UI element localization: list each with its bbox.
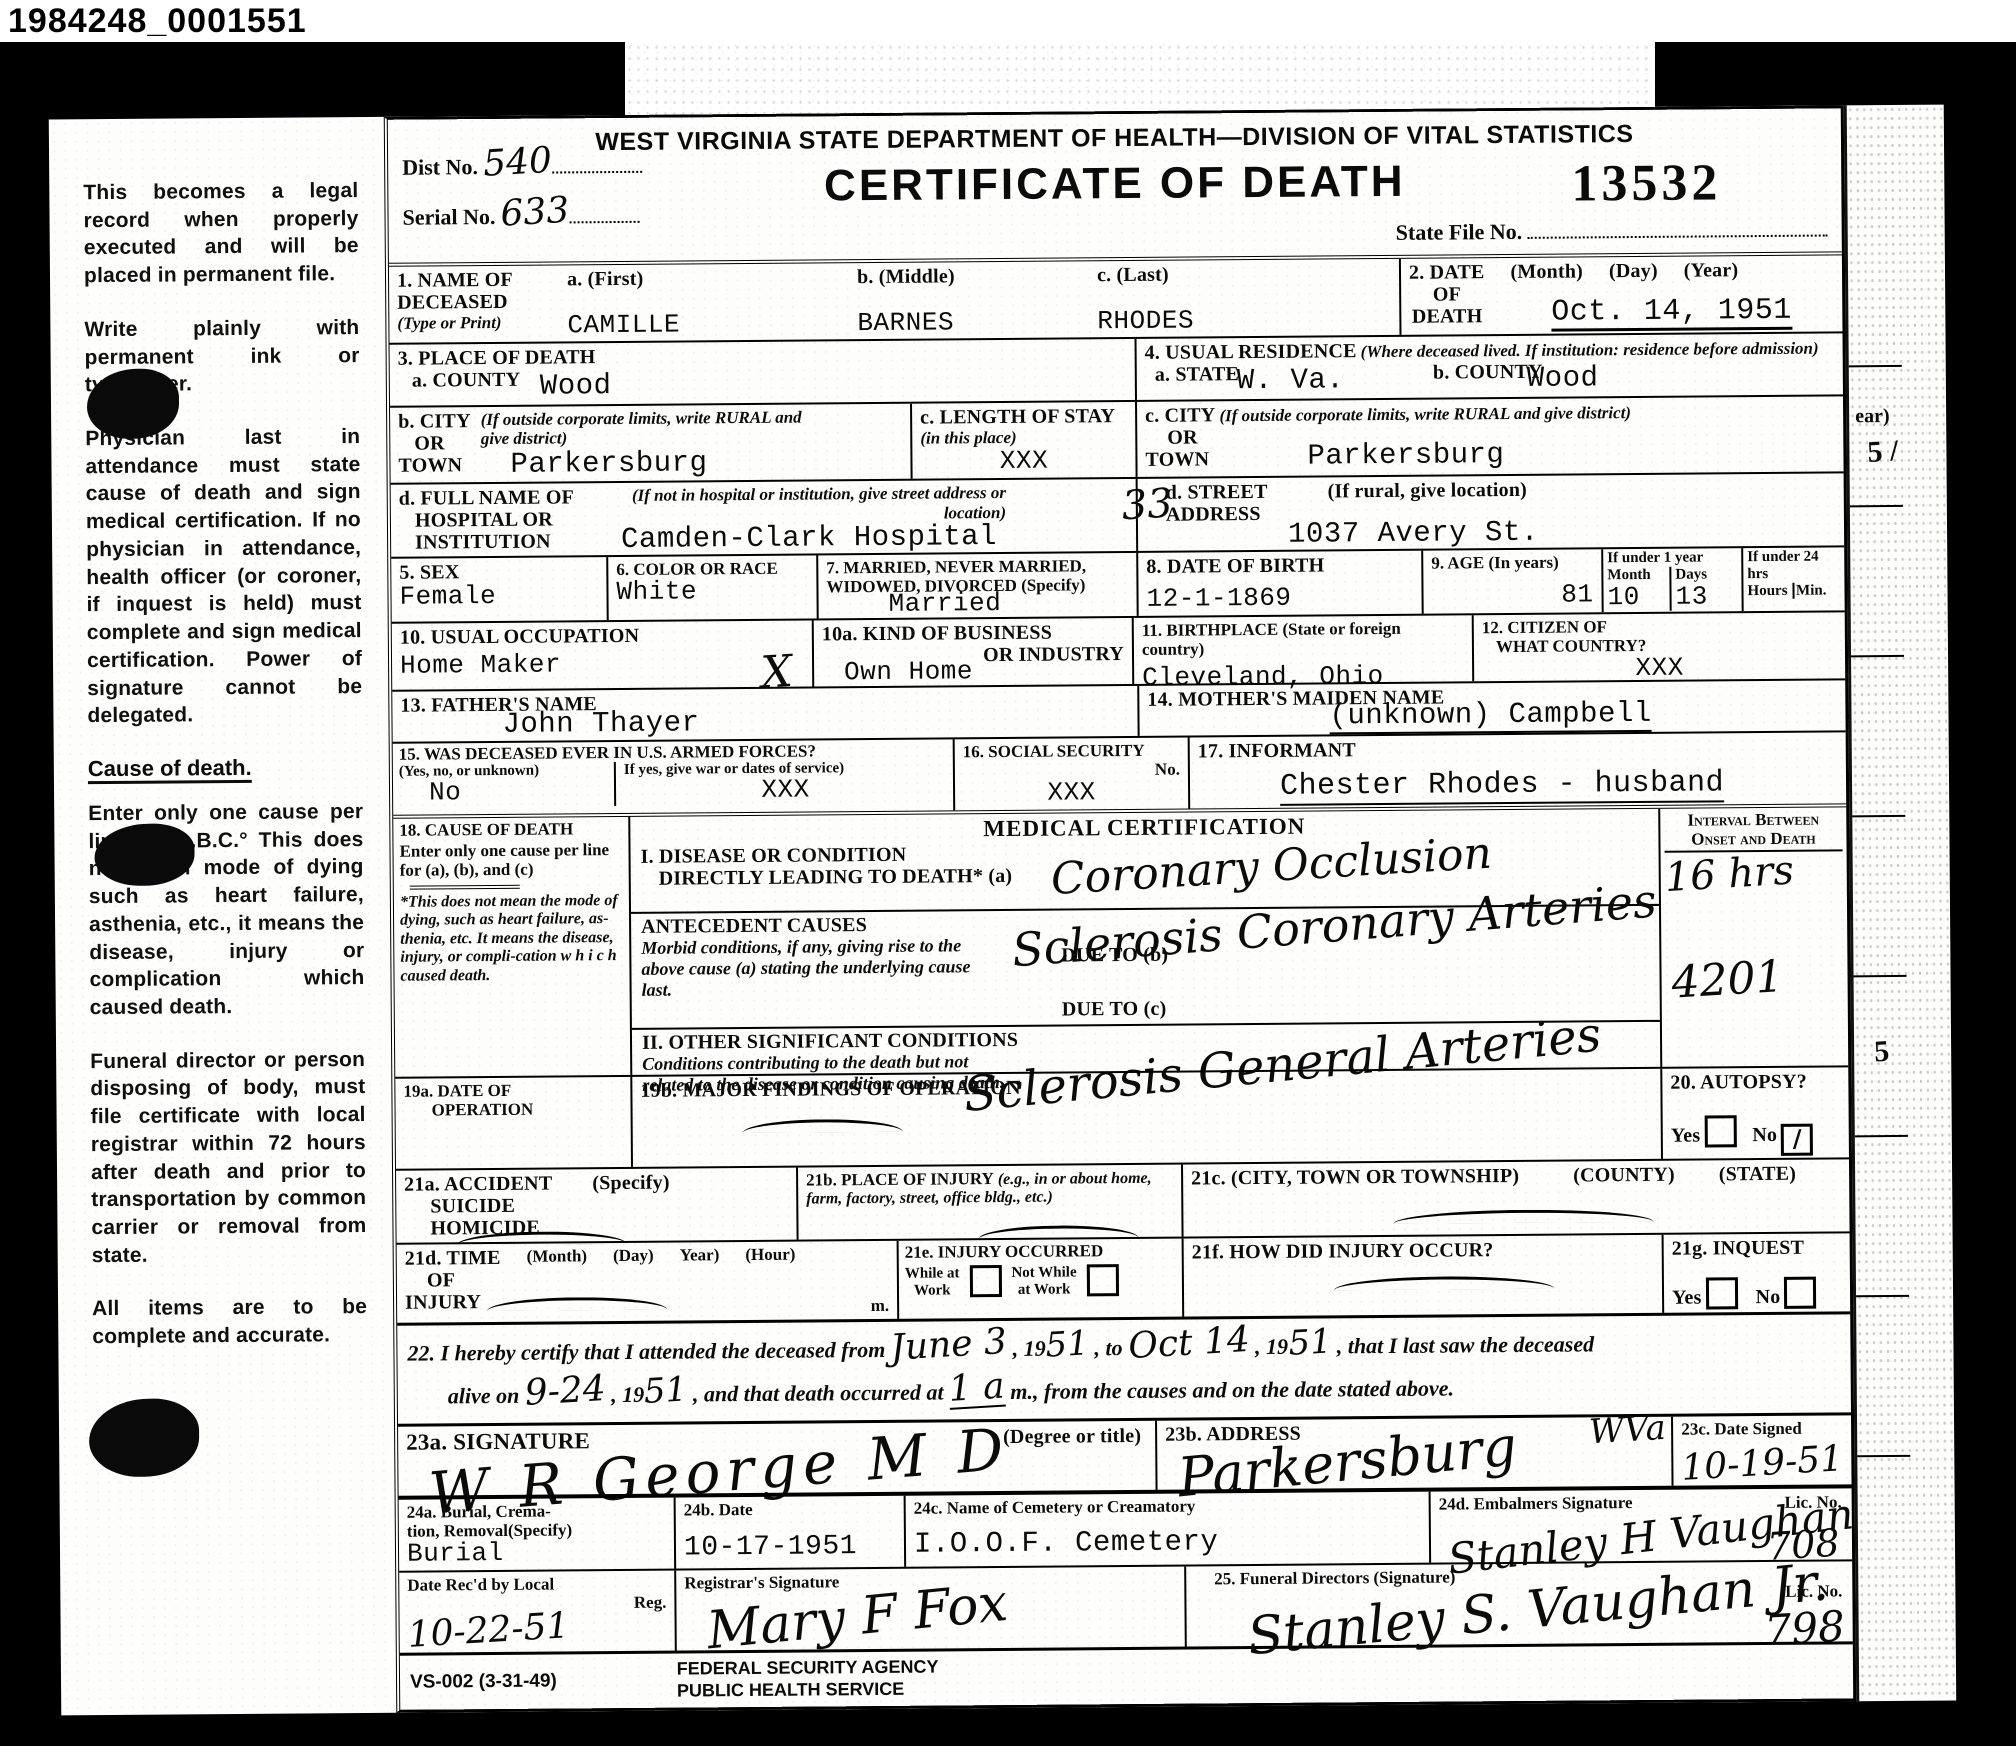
street-value: 1037 Avery St. xyxy=(1288,517,1539,549)
edge-fragment-hand: 5 xyxy=(1873,1035,1890,1070)
scan-header-strip: 1984248_0001551 xyxy=(0,0,2016,42)
cause-instruction1: Enter only one cause per line for (a), (… xyxy=(399,840,622,880)
row-injury-time: 21d. TIME OF INJURY (Month) (Day) Year) … xyxy=(397,1231,1851,1322)
hospital-label3: INSTITUTION xyxy=(399,530,574,553)
date-signed-value: 10-19-51 xyxy=(1681,1441,1845,1487)
residence-city-label: c. CITY xyxy=(1145,404,1215,427)
injury-state-label: (STATE) xyxy=(1719,1163,1797,1186)
residence-state-label: a. STATE xyxy=(1155,364,1239,387)
certify-text6: alive on xyxy=(408,1383,520,1409)
state-file-label: State File No. xyxy=(1396,212,1828,245)
length-of-stay-value: XXX xyxy=(920,447,1127,476)
how-injury-label: 21f. HOW DID INJURY OCCUR? xyxy=(1192,1239,1494,1263)
accident-specify-label: (Specify) xyxy=(592,1172,670,1239)
while-at-work-label: While at xyxy=(905,1265,960,1281)
serial-no-label: Serial No. xyxy=(402,204,495,230)
under1yr-label: If under 1 year xyxy=(1607,549,1737,567)
certify-from-value: June 3 xyxy=(890,1324,1008,1367)
length-of-stay-hint: (in this place) xyxy=(920,428,1016,448)
hours-label: Hours xyxy=(1747,582,1792,599)
certificate-form: Dist No. 540 Serial No. 633 WEST VIRGINI… xyxy=(384,105,1856,1712)
county-label: a. COUNTY xyxy=(412,369,521,392)
funeral-director-label: 25. Funeral Directors (Signature) xyxy=(1214,1567,1455,1588)
date-recd-value: 10-22-51 xyxy=(407,1608,571,1654)
form-number: VS-002 (3-31-49) xyxy=(410,1670,557,1693)
interval-header1: Interval Between xyxy=(1664,809,1842,829)
dist-no-value: 540 xyxy=(482,143,553,183)
edge-line xyxy=(1852,815,1905,817)
injury-occurred-label: 21e. INJURY OCCURRED xyxy=(905,1241,1176,1262)
due-to-c-label: DUE TO (c) xyxy=(1062,998,1167,1021)
edge-line xyxy=(1849,365,1902,367)
row-medical-certification: 18. CAUSE OF DEATH Enter only one cause … xyxy=(393,803,1848,1076)
days-value: 13 xyxy=(1675,583,1737,611)
field1-label2: DECEASED xyxy=(397,291,551,314)
date-recd-label: Date Rec'd by Local xyxy=(407,1574,666,1595)
usual-residence-hint: (Where deceased lived. If institution: r… xyxy=(1361,339,1819,362)
residence-state-value: W. Va. xyxy=(1237,366,1345,397)
cause-of-death-label: 18. CAUSE OF DEATH xyxy=(399,819,622,840)
accident-label: 21a. ACCIDENT xyxy=(404,1172,552,1195)
autopsy-no-label: No xyxy=(1752,1124,1777,1146)
form-footer: VS-002 (3-31-49) FEDERAL SECURITY AGENCY… xyxy=(400,1641,1853,1709)
date-of-death-label3: DEATH xyxy=(1409,306,1485,329)
certificate-paper: This becomes a legal record when properl… xyxy=(49,105,1956,1716)
not-while-at-work-checkbox xyxy=(1087,1264,1119,1296)
date-of-death-value: Oct. 14, 1951 xyxy=(1551,296,1792,332)
underlying-page-edge: ear) 5 / 5 xyxy=(1844,105,1957,1702)
inquest-no-label: No xyxy=(1755,1286,1780,1308)
dotted-leader xyxy=(570,199,640,224)
accident-label2: SUICIDE xyxy=(404,1194,552,1217)
business-label: 10a. KIND OF BUSINESS xyxy=(822,621,1124,645)
handwritten-dash xyxy=(743,1119,903,1133)
ssn-value: XXX xyxy=(963,778,1180,807)
row-city: b. CITY OR TOWN (If outside corporate li… xyxy=(390,394,1844,483)
not-while-at-work-label: Not While xyxy=(1011,1264,1076,1281)
first-name-label: a. (First) xyxy=(567,268,644,291)
injury-hour-label: (Hour) xyxy=(745,1245,796,1311)
city-label: b. CITY xyxy=(398,410,471,433)
mother-value: (unknown) Campbell xyxy=(1329,699,1652,734)
certify-text9: m., from the causes and on the date stat… xyxy=(1010,1375,1454,1403)
occupation-label: 10. USUAL OCCUPATION xyxy=(400,624,804,649)
time-of-injury-label: 21d. TIME xyxy=(405,1247,501,1270)
certify-text8: , and that death occurred at xyxy=(693,1379,944,1406)
place-of-injury-label: 21b. PLACE OF INJURY xyxy=(806,1169,994,1189)
row-armedforces: 15. WAS DECEASED EVER IN U.S. ARMED FORC… xyxy=(393,730,1847,815)
informant-value: Chester Rhodes - husband xyxy=(1280,769,1724,806)
burial-date-value: 10-17-1951 xyxy=(684,1531,896,1562)
edge-fragment-hand: 5 / xyxy=(1866,434,1899,470)
degree-label: (Degree or title) xyxy=(1003,1424,1141,1447)
certify-alive-year: 51 xyxy=(643,1372,688,1409)
field1-label3: (Type or Print) xyxy=(397,313,551,334)
certify-from-year: 51 xyxy=(1045,1326,1090,1363)
sidebar-paragraph: All items are to be complete and accurat… xyxy=(92,1293,367,1351)
city-label2: OR xyxy=(398,432,471,455)
certify-text5: , that I last saw the deceased xyxy=(1337,1331,1594,1358)
row-sex-age: 5. SEX Female 6. COLOR OR RACE White 7. … xyxy=(391,545,1844,622)
dob-label: 8. DATE OF BIRTH xyxy=(1146,554,1413,578)
certify-to-value: Oct 14 xyxy=(1127,1322,1250,1365)
burial-label: 24a. Burial, Crema- xyxy=(407,1500,666,1521)
time-of-injury-label2: OF xyxy=(405,1269,501,1292)
armed-forces-value: No xyxy=(399,778,614,807)
burial-label2: tion, Removal(Specify) xyxy=(407,1519,666,1540)
certify-text7: , 19 xyxy=(611,1382,644,1407)
length-of-stay-label: c. LENGTH OF STAY xyxy=(920,405,1127,429)
age-value: 81 xyxy=(1431,581,1593,610)
city-value: Parkersburg xyxy=(510,448,707,480)
edge-line xyxy=(1855,1135,1908,1137)
date-of-death-label2: OF xyxy=(1409,284,1485,307)
row-signature: 23a. SIGNATURE (Degree or title) W R Geo… xyxy=(398,1412,1852,1495)
row-accident: 21a. ACCIDENT SUICIDE HOMICIDE (Specify)… xyxy=(396,1157,1850,1242)
hospital-value: Camden-Clark Hospital xyxy=(621,522,997,555)
autopsy-yes-checkbox xyxy=(1704,1115,1736,1147)
row-hospital-street: d. FULL NAME OF HOSPITAL OR INSTITUTION … xyxy=(391,471,1845,556)
dist-no-label: Dist No. xyxy=(402,154,478,180)
injury-m-label: m. xyxy=(871,1296,890,1315)
row-registrar: Date Rec'd by Local Reg. 10-22-51 Regist… xyxy=(399,1559,1853,1652)
state-file-label-text: State File No. xyxy=(1396,219,1523,245)
inquest-no-checkbox xyxy=(1784,1277,1816,1309)
dist-no: Dist No. 540 xyxy=(402,144,642,182)
street-label: d. STREET xyxy=(1166,481,1268,504)
antecedent-hint: Morbid conditions, if any, giving rise t… xyxy=(641,935,971,1000)
sex-value: Female xyxy=(399,582,598,611)
date-of-death-label: 2. DATE xyxy=(1409,262,1485,285)
minutes-label: Min. xyxy=(1796,582,1841,599)
sidebar-paragraph: Funeral director or person disposing of … xyxy=(90,1046,367,1270)
while-at-work-checkbox xyxy=(969,1265,1001,1297)
county-value: Wood xyxy=(540,371,612,402)
row-county-residence: 3. PLACE OF DEATH a. COUNTY Wood 4. USUA… xyxy=(390,332,1843,406)
autopsy-label: 20. AUTOPSY? xyxy=(1670,1070,1840,1093)
place-of-death-title: 3. PLACE OF DEATH xyxy=(398,342,1127,370)
date-signed-label: 23c. Date Signed xyxy=(1681,1418,1843,1438)
middle-name-label: b. (Middle) xyxy=(857,266,955,289)
marital-value: Married xyxy=(888,590,1001,618)
race-value: White xyxy=(616,578,808,607)
field1-label: 1. NAME OF xyxy=(397,269,551,292)
row-name: 1. NAME OF DECEASED (Type or Print) a. (… xyxy=(389,252,1843,343)
row-operation-autopsy: 19a. DATE OF OPERATION 19b. MAJOR FINDIN… xyxy=(395,1065,1849,1168)
interval-a-value: 16 hrs xyxy=(1664,850,1795,898)
address-state-value: WVa xyxy=(1588,1410,1667,1449)
inquest-yes-label: Yes xyxy=(1672,1286,1702,1308)
edge-line xyxy=(1857,1455,1910,1457)
row-burial: 24a. Burial, Crema- tion, Removal(Specif… xyxy=(399,1484,1853,1571)
serial-no: Serial No. 633 xyxy=(402,194,642,232)
certify-text2: , 19 xyxy=(1013,1336,1046,1361)
interval-c-value: 4201 xyxy=(1670,955,1784,1006)
first-name-value: CAMILLE xyxy=(567,311,841,340)
informant-label: 17. INFORMANT xyxy=(1198,735,1838,762)
hospital-label: d. FULL NAME OF xyxy=(399,486,574,509)
sidebar-paragraph: This becomes a legal record when properl… xyxy=(83,177,359,290)
burial-date-label: 24b. Date xyxy=(684,1498,896,1519)
sidebar-paragraph: Physician last in attendance must state … xyxy=(85,423,362,730)
edge-line xyxy=(1856,1295,1909,1297)
burial-value: Burial xyxy=(407,1538,666,1567)
agency-line2: PUBLIC HEALTH SERVICE xyxy=(677,1679,905,1701)
certify-hour-value: 1 a xyxy=(948,1368,1006,1409)
edge-line xyxy=(1850,505,1903,507)
handwritten-dash xyxy=(1393,1209,1653,1224)
last-name-label: c. (Last) xyxy=(1097,264,1169,287)
business-value: Own Home xyxy=(844,658,973,686)
certify-text4: , 19 xyxy=(1255,1334,1288,1359)
dotted-leader xyxy=(1528,212,1828,238)
certify-alive-value: 9-24 xyxy=(524,1371,607,1412)
residence-city-value: Parkersburg xyxy=(1307,440,1504,472)
occupation-value: Home Maker xyxy=(400,650,804,680)
cemetery-value: I.O.O.F. Cemetery xyxy=(914,1525,1421,1559)
autopsy-no-checkbox: ∕ xyxy=(1781,1124,1813,1156)
marital-label: 7. MARRIED, NEVER MARRIED, xyxy=(826,556,1128,577)
last-name-value: RHODES xyxy=(1097,306,1391,336)
under24hr-label: If under 24 hrs xyxy=(1747,548,1840,582)
funeral-lic-value: 798 xyxy=(1763,1605,1846,1652)
instructions-sidebar: This becomes a legal record when properl… xyxy=(49,117,397,1716)
date-of-operation-label: 19a. DATE OF xyxy=(403,1080,622,1101)
certify-to-year: 51 xyxy=(1287,1324,1332,1361)
cemetery-label: 24c. Name of Cemetery or Creamatory xyxy=(914,1494,1421,1517)
hospital-label2: HOSPITAL OR xyxy=(399,508,574,531)
birthplace-label: 11. BIRTHPLACE (State or foreign country… xyxy=(1142,619,1464,660)
inquest-yes-checkbox xyxy=(1705,1277,1737,1309)
usual-residence-title: 4. USUAL RESIDENCE xyxy=(1145,341,1357,365)
months-value: 10 xyxy=(1607,583,1669,611)
city-label3: TOWN xyxy=(398,454,471,477)
ink-blot xyxy=(89,1398,200,1477)
while-at-work-label2: Work xyxy=(914,1282,951,1298)
autopsy-yes-label: Yes xyxy=(1671,1124,1701,1146)
certify-text1: 22. I hereby certify that I attended the… xyxy=(407,1337,885,1366)
inquest-label: 21g. INQUEST xyxy=(1672,1236,1842,1259)
major-findings-label: 19b. MAJOR FINDINGS OF OPERATION xyxy=(640,1077,1020,1102)
injury-county-label: (COUNTY) xyxy=(1573,1164,1675,1187)
father-value: John Thayer xyxy=(502,709,699,741)
dotted-leader xyxy=(552,149,642,174)
form-header: Dist No. 540 Serial No. 633 WEST VIRGINI… xyxy=(388,108,1842,263)
injury-city-label: 21c. (CITY, TOWN OR TOWNSHIP) xyxy=(1191,1165,1519,1190)
date-of-operation-label2: OPERATION xyxy=(403,1099,622,1120)
state-file-number: 13532 xyxy=(1571,153,1721,213)
age-label: 9. AGE (In years) xyxy=(1431,552,1593,572)
sidebar-cause-heading: Cause of death. xyxy=(88,754,363,782)
residence-county-value: Wood xyxy=(1527,364,1599,395)
street-margin-note: 33 xyxy=(1121,483,1174,526)
row-certify: 22. I hereby certify that I attended the… xyxy=(397,1311,1851,1423)
handwritten-dash xyxy=(1334,1276,1554,1291)
row-occupation: 10. USUAL OCCUPATION Home Maker X 10a. K… xyxy=(392,611,1845,690)
edge-line xyxy=(1854,975,1907,977)
ssn-label: 16. SOCIAL SECURITY xyxy=(963,740,1180,761)
middle-name-value: BARNES xyxy=(857,309,1081,338)
injury-year-label: Year) xyxy=(680,1245,720,1311)
street-label2: ADDRESS xyxy=(1166,503,1268,526)
embalmer-label: 24d. Embalmers Signature xyxy=(1439,1493,1633,1514)
certify-text3: , to xyxy=(1094,1335,1122,1360)
edge-fragment: ear) xyxy=(1855,405,1890,428)
war-dates-value: XXX xyxy=(624,776,947,806)
scan-id: 1984248_0001551 xyxy=(0,0,2016,42)
cause-instruction2: *This does not mean the mode of dying, s… xyxy=(400,892,624,986)
serial-no-value: 633 xyxy=(500,193,571,233)
residence-city-hint: (If outside corporate limits, write RURA… xyxy=(1219,403,1631,425)
not-while-at-work-label2: at Work xyxy=(1018,1281,1071,1297)
edge-line xyxy=(1851,655,1904,657)
divider xyxy=(410,885,520,890)
sex-label: 5. SEX xyxy=(399,560,598,584)
dob-value: 12-1-1869 xyxy=(1146,584,1413,613)
